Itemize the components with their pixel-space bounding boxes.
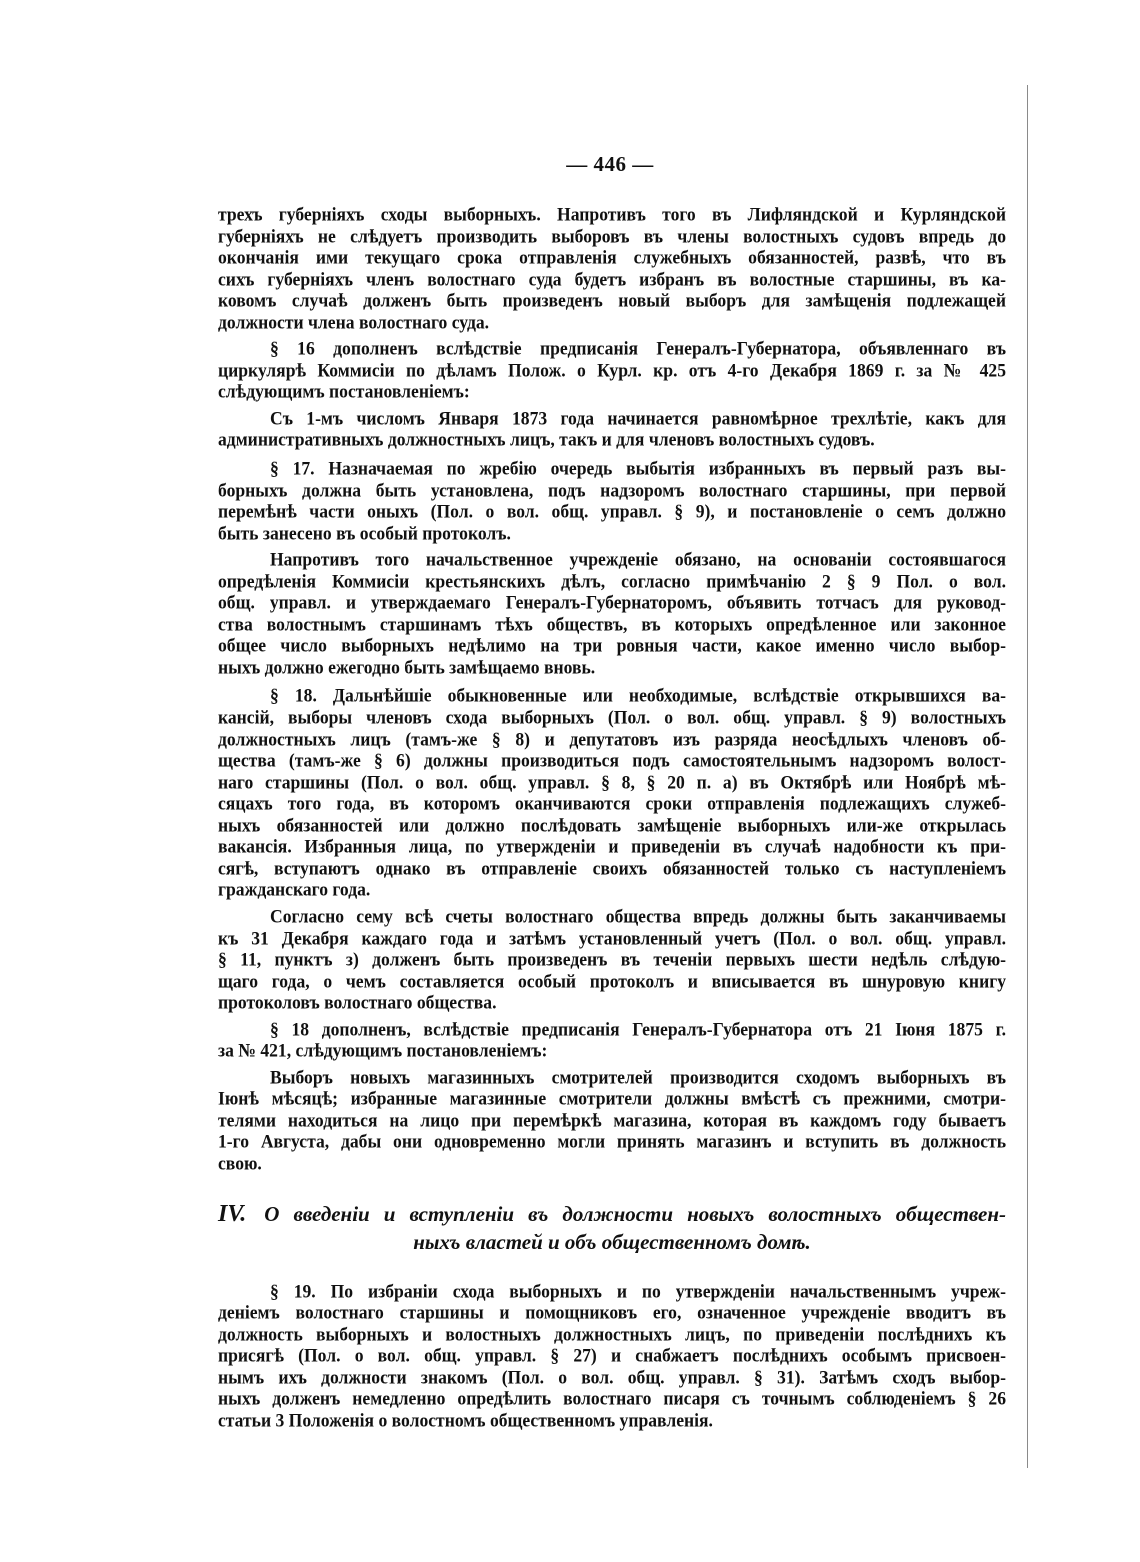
- text-line: окончанія ими текущаго срока отправленія…: [218, 246, 1006, 269]
- text-line: опредѣленія Коммисіи крестьянскихъ дѣлъ,…: [218, 570, 1006, 593]
- text-line: должности члена волостнаго суда.: [218, 311, 1006, 334]
- text-line: протоколовъ волостнаго общества.: [218, 991, 1006, 1014]
- text-line: трехъ губерніяхъ сходы выборныхъ. Напрот…: [218, 203, 1006, 226]
- paragraph-18-b: Согласно сему всѣ счеты волостнаго общес…: [218, 905, 1006, 1013]
- text-line: наго старшины (Пол. о вол. общ. управл. …: [218, 771, 1006, 794]
- text-line: § 11, пунктъ з) долженъ быть произведенъ…: [218, 948, 1006, 971]
- text-line: свою.: [218, 1152, 1006, 1175]
- section-numeral: IV.: [218, 1201, 246, 1227]
- paragraph-16-amendment: § 16 дополненъ вслѣдствіе предписанія Ге…: [218, 337, 1006, 402]
- text-line: Іюнѣ мѣсяцѣ; избранные магазинные смотри…: [218, 1087, 1006, 1110]
- page-number: — 446 —: [0, 152, 1140, 177]
- text-line: сихъ губерніяхъ членъ волостнаго суда бу…: [218, 268, 1006, 291]
- paragraph-17-b: Напротивъ того начальственное учрежденіе…: [218, 548, 1006, 677]
- paragraph-continuation: трехъ губерніяхъ сходы выборныхъ. Напрот…: [218, 203, 1006, 332]
- text-line: за № 421, слѣдующимъ постановленіемъ:: [218, 1039, 1006, 1062]
- text-line: борныхъ должна быть установлена, подъ на…: [218, 479, 1006, 502]
- text-column: трехъ губерніяхъ сходы выборныхъ. Напрот…: [218, 203, 1006, 1430]
- text-line: ныхъ обязанностей или должно послѣдовать…: [218, 814, 1006, 837]
- text-line: § 18. Дальнѣйшіе обыкновенные или необхо…: [218, 684, 1006, 707]
- text-line: 1-го Августа, дабы они одновременно могл…: [218, 1130, 1006, 1153]
- page-edge-line: [1027, 85, 1028, 1468]
- text-line: щаго года, о чемъ составляется особый пр…: [218, 970, 1006, 993]
- text-line: кансій, выборы членовъ схода выборныхъ (…: [218, 706, 1006, 729]
- text-line: деніемъ волостнаго старшины и помощников…: [218, 1301, 1006, 1324]
- text-line: Согласно сему всѣ счеты волостнаго общес…: [218, 905, 1006, 928]
- text-line: ныхъ должно ежегодно быть замѣщаемо внов…: [218, 656, 1006, 679]
- text-line: сяцахъ того года, въ которомъ оканчивают…: [218, 792, 1006, 815]
- text-line: гражданскаго года.: [218, 878, 1006, 901]
- section-heading-line-1: IV.О введеніи и вступленіи въ должности …: [218, 1200, 1006, 1228]
- text-line: щества (тамъ-же § 6) должны производитьс…: [218, 749, 1006, 772]
- text-line: нымъ ихъ должности знакомъ (Пол. о вол. …: [218, 1366, 1006, 1389]
- text-line: сягѣ, вступаютъ однако въ отправленіе св…: [218, 857, 1006, 880]
- text-line: быть занесено въ особый протоколъ.: [218, 522, 1006, 545]
- section-heading-line-2: ныхъ властей и объ общественномъ домѣ.: [218, 1228, 1006, 1256]
- text-line: общ. управл. и утверждаемаго Генералъ-Гу…: [218, 591, 1006, 614]
- text-line: Выборъ новыхъ магазинныхъ смотрителей пр…: [218, 1066, 1006, 1089]
- text-line: телями находиться на лицо при перемѣркѣ …: [218, 1109, 1006, 1132]
- text-line: § 19. По избраніи схода выборныхъ и по у…: [218, 1280, 1006, 1303]
- text-line: административныхъ должностныхъ лицъ, так…: [218, 428, 1006, 451]
- text-line: перемѣнѣ части оныхъ (Пол. о вол. общ. у…: [218, 500, 1006, 523]
- text-line: общее число выборныхъ недѣлимо на три ро…: [218, 634, 1006, 657]
- text-line: губерніяхъ не слѣдуетъ производить выбор…: [218, 225, 1006, 248]
- text-line: ства волостнымъ старшинамъ тѣхъ обществъ…: [218, 613, 1006, 636]
- paragraph-16-text: Съ 1-мъ числомъ Января 1873 года начинае…: [218, 407, 1006, 450]
- text-line: должностныхъ лицъ (тамъ-же § 8) и депута…: [218, 728, 1006, 751]
- text-line: къ 31 Декабря каждаго года и затѣмъ уста…: [218, 927, 1006, 950]
- paragraph-18: § 18. Дальнѣйшіе обыкновенные или необхо…: [218, 684, 1006, 899]
- paragraph-19: § 19. По избраніи схода выборныхъ и по у…: [218, 1280, 1006, 1431]
- text-line: ныхъ долженъ немедленно опредѣлить волос…: [218, 1387, 1006, 1410]
- text-line: § 17. Назначаемая по жребію очередь выбы…: [218, 457, 1006, 480]
- text-line: присягѣ (Пол. о вол. общ. управл. § 27) …: [218, 1344, 1006, 1367]
- text-line: Напротивъ того начальственное учрежденіе…: [218, 548, 1006, 571]
- text-line: слѣдующимъ постановленіемъ:: [218, 380, 1006, 403]
- section-heading: IV.О введеніи и вступленіи въ должности …: [218, 1200, 1006, 1256]
- text-line: § 16 дополненъ вслѣдствіе предписанія Ге…: [218, 337, 1006, 360]
- paragraph-18-amendment-text: Выборъ новыхъ магазинныхъ смотрителей пр…: [218, 1066, 1006, 1174]
- text-line: ковомъ случаѣ долженъ быть произведенъ н…: [218, 289, 1006, 312]
- text-line: должность выборныхъ и волостныхъ должнос…: [218, 1323, 1006, 1346]
- section-title-part-1: О введеніи и вступленіи въ должности нов…: [264, 1202, 1006, 1226]
- text-line: § 18 дополненъ, вслѣдствіе предписанія Г…: [218, 1018, 1006, 1041]
- paragraph-17: § 17. Назначаемая по жребію очередь выбы…: [218, 457, 1006, 543]
- text-line: статьи 3 Положенія о волостномъ обществе…: [218, 1409, 1006, 1432]
- text-line: Съ 1-мъ числомъ Января 1873 года начинае…: [218, 407, 1006, 430]
- text-line: циркулярѣ Коммисіи по дѣламъ Полож. о Ку…: [218, 359, 1006, 382]
- text-line: вакансія. Избранныя лица, по утвержденіи…: [218, 835, 1006, 858]
- paragraph-18-amendment: § 18 дополненъ, вслѣдствіе предписанія Г…: [218, 1018, 1006, 1061]
